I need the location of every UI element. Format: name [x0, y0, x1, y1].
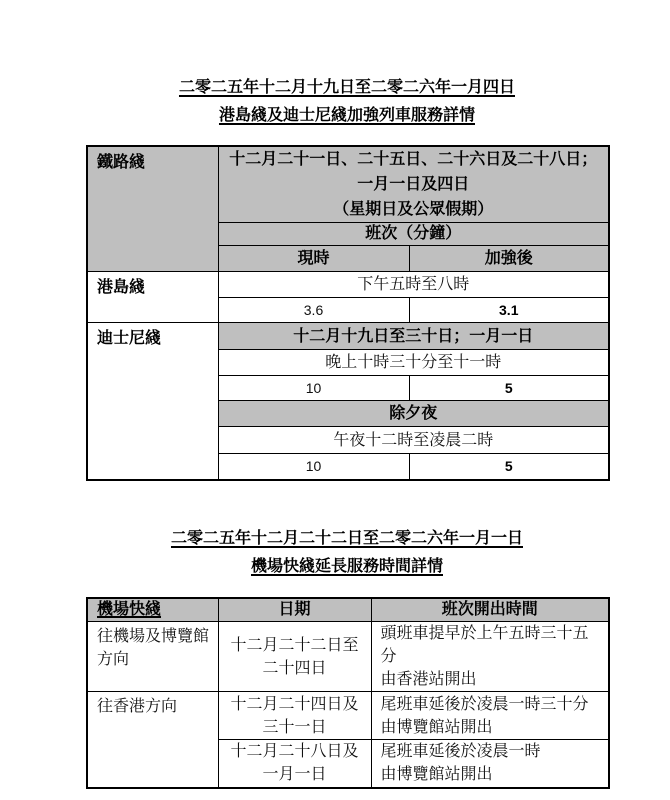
- dates-header-cell: 十二月二十一日、二十五日、二十六日及二十八日； 一月一日及四日 （星期日及公眾假…: [218, 146, 609, 223]
- section2-title-line2: 機場快綫延長服務時間詳情: [86, 553, 608, 581]
- current-header-cell: 現時: [218, 246, 409, 272]
- disney-period-cell: 晚上十時三十分至十一時: [218, 350, 609, 376]
- date-header-cell: 日期: [218, 598, 371, 622]
- row1-date-cell: 十二月二十二日至 二十四日: [218, 622, 371, 692]
- island-current-cell: 3.6: [218, 298, 409, 323]
- nye-current-cell: 10: [218, 454, 409, 480]
- frequency-header-cell: 班次（分鐘）: [218, 223, 609, 246]
- section2-title-line1-text: 二零二五年十二月二十二日至二零二六年一月一日: [171, 530, 523, 547]
- section1-title-line1-text: 二零二五年十二月十九日至二零二六年一月四日: [179, 79, 515, 96]
- row2-time-cell: 尾班車延後於凌晨一時三十分 由博覽館站開出: [371, 692, 609, 740]
- row3-time-cell: 尾班車延後於凌晨一時 由博覽館站開出: [371, 740, 609, 788]
- nye-period-cell: 午夜十二時至凌晨二時: [218, 427, 609, 454]
- island-line-label-cell: 港島綫: [87, 272, 218, 323]
- disney-line-label-cell: 迪士尼綫: [87, 323, 218, 480]
- row3-date-cell: 十二月二十八日及 一月一日: [218, 740, 371, 788]
- airport-express-header-text: 機場快綫: [97, 601, 161, 618]
- row2-date-cell: 十二月二十四日及 三十一日: [218, 692, 371, 740]
- document-page: 二零二五年十二月十九日至二零二六年一月四日 港島綫及迪士尼綫加強列車服務詳情 鐵…: [86, 0, 608, 789]
- section2-title-line1: 二零二五年十二月二十二日至二零二六年一月一日: [86, 525, 608, 553]
- airport-express-table: 機場快綫 日期 班次開出時間 往機場及博覽館 方向 十二月二十二日至 二十四日 …: [86, 597, 610, 789]
- section1-title-line2-text: 港島綫及迪士尼綫加強列車服務詳情: [219, 107, 475, 124]
- disney-current-cell: 10: [218, 376, 409, 401]
- enhanced-train-service-table: 鐵路綫 十二月二十一日、二十五日、二十六日及二十八日； 一月一日及四日 （星期日…: [86, 145, 610, 481]
- departure-header-cell: 班次開出時間: [371, 598, 609, 622]
- enhanced-header-cell: 加強後: [409, 246, 609, 272]
- row1-time-cell: 頭班車提早於上午五時三十五分 由香港站開出: [371, 622, 609, 692]
- railway-line-header-cell: 鐵路綫: [87, 146, 218, 272]
- airport-express-header-cell: 機場快綫: [87, 598, 218, 622]
- section1-title-line1: 二零二五年十二月十九日至二零二六年一月四日: [86, 74, 608, 102]
- row2-direction-cell: 往香港方向: [87, 692, 218, 788]
- disney-enhanced-cell: 5: [409, 376, 609, 401]
- nye-header-cell: 除夕夜: [218, 401, 609, 427]
- island-enhanced-cell: 3.1: [409, 298, 609, 323]
- section2-title-line2-text: 機場快綫延長服務時間詳情: [251, 558, 443, 575]
- disney-dates-cell: 十二月十九日至三十日；一月一日: [218, 323, 609, 350]
- island-period-cell: 下午五時至八時: [218, 272, 609, 298]
- row1-direction-cell: 往機場及博覽館 方向: [87, 622, 218, 692]
- section1-title-line2: 港島綫及迪士尼綫加強列車服務詳情: [86, 102, 608, 130]
- nye-enhanced-cell: 5: [409, 454, 609, 480]
